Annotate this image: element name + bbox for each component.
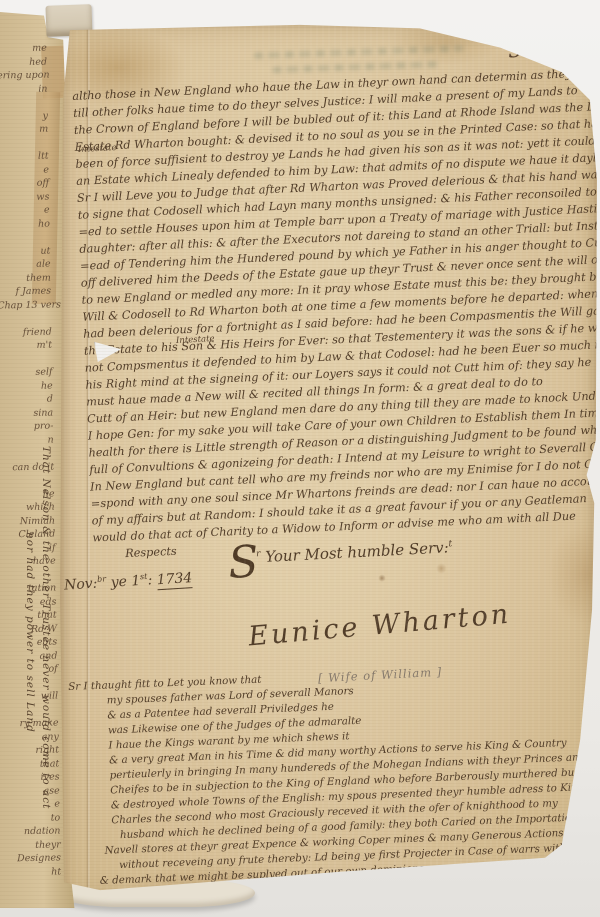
- stub-fragment: d: [0, 393, 53, 407]
- stub-fragment: hed: [0, 55, 47, 69]
- stub-fragment: tering upon: [0, 69, 47, 83]
- stub-fragment: ht: [7, 865, 61, 879]
- stub-fragment: [0, 231, 50, 245]
- dateline: Nov:br ye 1st: 1734: [64, 569, 193, 593]
- stub-fragment: friend: [0, 325, 52, 339]
- date-part: Nov:: [64, 576, 98, 594]
- stub-fragment: ndation: [6, 824, 60, 838]
- stub-fragment: [0, 136, 49, 150]
- stub-fragment: m't: [0, 339, 52, 353]
- stub-fragment: e: [0, 204, 50, 218]
- ink-showthrough: [254, 36, 465, 73]
- stub-fragment: self: [0, 366, 53, 380]
- stub-fragment: y: [0, 109, 48, 123]
- stub-fragment: them: [0, 271, 51, 285]
- showthrough-line: [272, 61, 437, 73]
- stub-fragment: f James: [0, 285, 51, 299]
- date-part: ye 1: [106, 573, 141, 591]
- stub-fragment: ho: [0, 217, 50, 231]
- interline-insertion: Intestate: [78, 143, 117, 155]
- page-number: 339: [507, 33, 555, 63]
- stub-fragment: e: [0, 163, 49, 177]
- stub-fragment: ut: [0, 244, 50, 258]
- stub-fragment: [0, 352, 52, 366]
- stub-fragment: pro-: [0, 420, 54, 434]
- stub-fragment: sina: [0, 406, 53, 420]
- stub-fragment: m: [0, 123, 48, 137]
- stub-fragment: theyr: [7, 838, 61, 852]
- signature: Eunice Wharton: [247, 599, 512, 653]
- stub-fragment: ale: [0, 258, 51, 272]
- postscript-text: Sr I thaught fitt to Let you know thatmy…: [68, 660, 600, 890]
- stub-fragment: he: [0, 379, 53, 393]
- stub-fragment: ltt: [0, 150, 49, 164]
- stub-fragment: Chap 13 vers: [0, 298, 51, 312]
- stub-fragment: off: [0, 177, 49, 191]
- interline-insertion: Intestate: [176, 334, 215, 346]
- stub-fragment: [0, 96, 48, 110]
- letter-body-text: altho those in New England who haue the …: [72, 64, 600, 563]
- stub-fragment: in: [0, 82, 48, 96]
- repair-tape-strip: [32, 92, 60, 304]
- stub-fragment: Designes: [7, 851, 61, 865]
- manuscript-scan: mehedtering uponinymltteoffwsehoutalethe…: [0, 0, 600, 917]
- closing-superscript: t: [448, 539, 452, 549]
- flourished-initial: S: [227, 536, 258, 588]
- stub-fragment: ws: [0, 190, 50, 204]
- stub-fragment: me: [0, 42, 47, 56]
- stub-fragment: to: [6, 811, 60, 825]
- vertical-margin-note: nor had they power to sell Land: [24, 532, 36, 782]
- date-year: 1734: [156, 570, 193, 590]
- manuscript-page: 339 altho those in New England who haue …: [58, 24, 598, 898]
- stub-fragment: [0, 312, 52, 326]
- vertical-margin-note: That Nelson & the other Trustee never wo…: [40, 446, 52, 826]
- showthrough-line: [254, 45, 464, 58]
